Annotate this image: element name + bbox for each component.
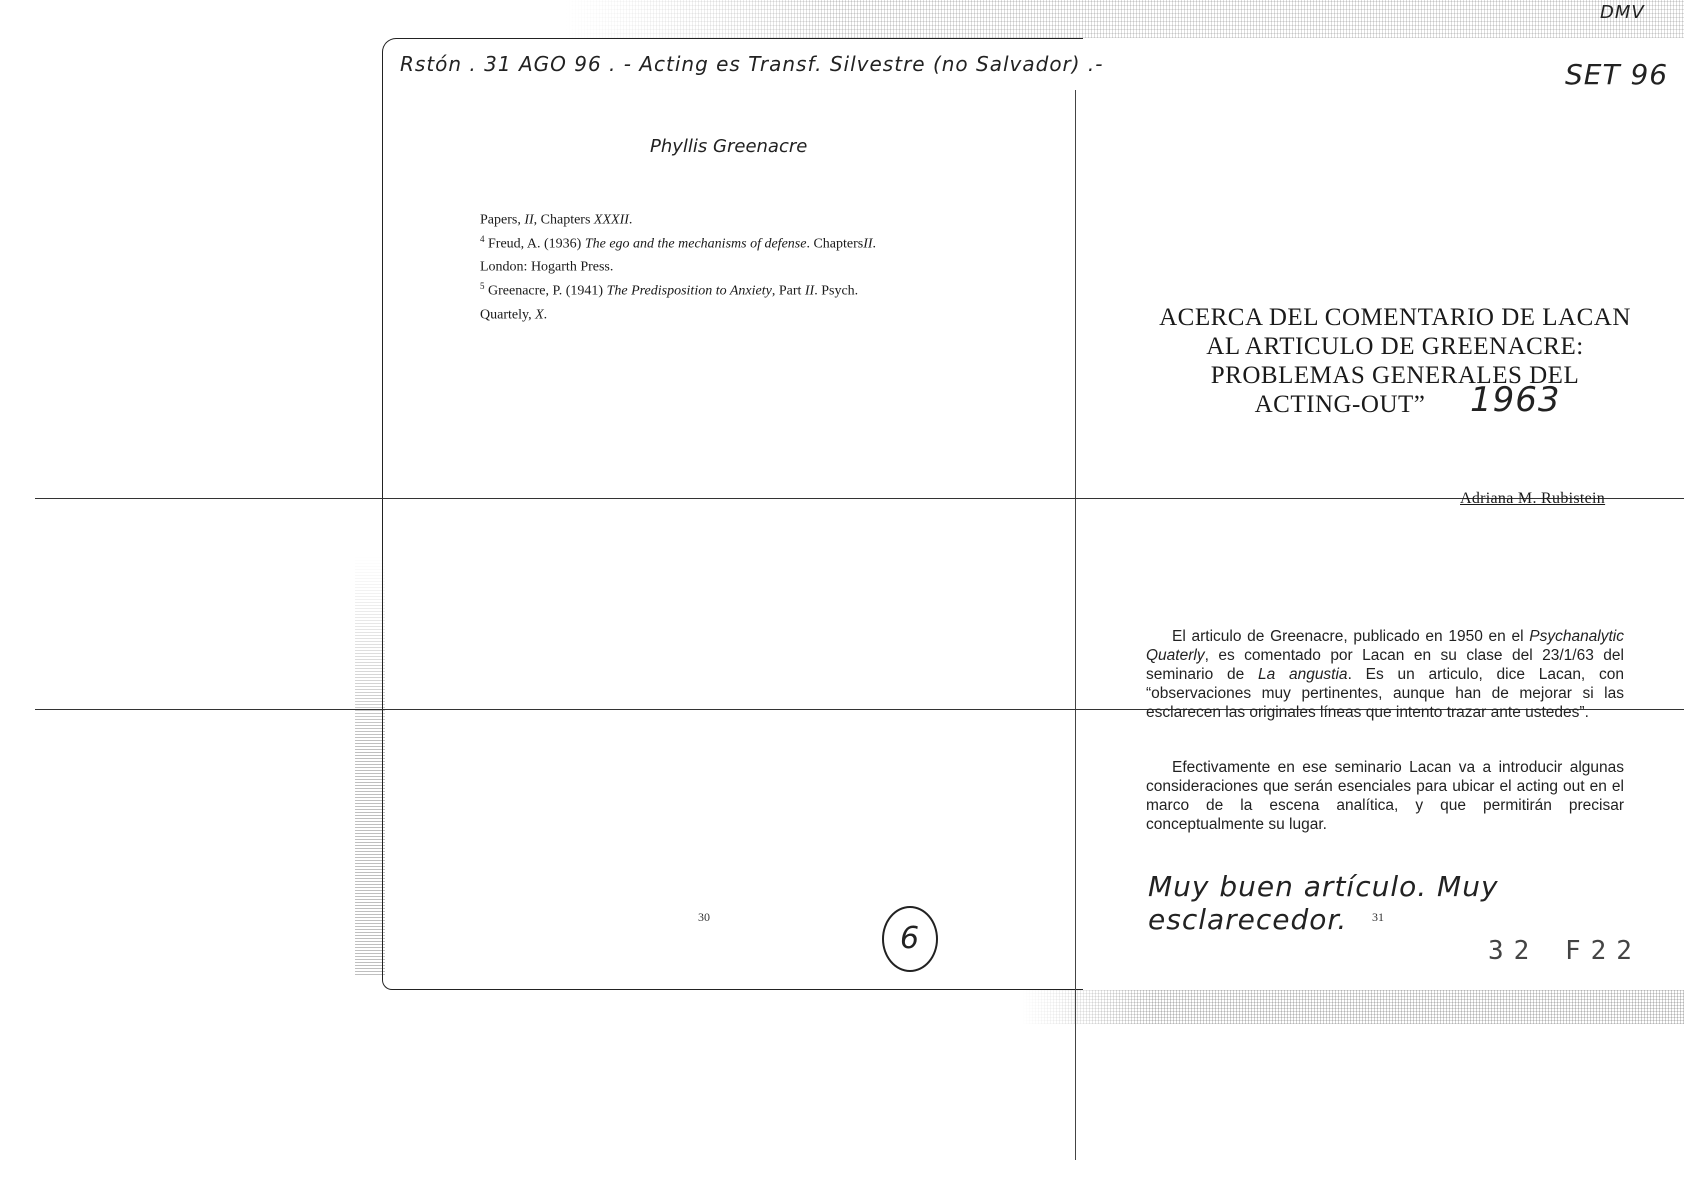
body-paragraph: El articulo de Greenacre, publicado en 1… bbox=[1146, 627, 1624, 722]
reference-line: 5 Greenacre, P. (1941) The Predispositio… bbox=[480, 277, 960, 301]
page-edge bbox=[382, 38, 1083, 990]
archive-stamp: 32 F22 bbox=[1488, 936, 1642, 966]
gutter-line bbox=[1075, 90, 1076, 1160]
book-spine-shadow bbox=[355, 40, 385, 975]
body-paragraph: Efectivamente en ese seminario Lacan va … bbox=[1146, 758, 1624, 834]
title-line: ACERCA DEL COMENTARIO DE LACAN bbox=[1155, 303, 1635, 332]
scan-noise-bottom bbox=[1020, 990, 1684, 1024]
handwritten-note-top: Rstón . 31 AGO 96 . - Acting es Transf. … bbox=[400, 52, 1104, 76]
handwritten-date: SET 96 bbox=[1565, 58, 1668, 91]
reference-line: London: Hogarth Press. bbox=[480, 253, 960, 277]
reference-line: Quartely, X. bbox=[480, 301, 960, 325]
footnote-references: Papers, II, Chapters XXXII.4 Freud, A. (… bbox=[480, 206, 960, 324]
reference-line: 4 Freud, A. (1936) The ego and the mecha… bbox=[480, 230, 960, 254]
scan-noise-top bbox=[560, 0, 1684, 38]
article-title: ACERCA DEL COMENTARIO DE LACAN AL ARTICU… bbox=[1155, 303, 1635, 419]
page-number-right: 31 bbox=[1372, 910, 1384, 925]
handwritten-initials: DMV bbox=[1600, 2, 1645, 23]
circled-number: 6 bbox=[882, 906, 938, 972]
title-line: ACTING-OUT” bbox=[1155, 390, 1635, 419]
fold-line bbox=[35, 498, 1684, 499]
running-head-author: Phyllis Greenacre bbox=[650, 136, 807, 157]
article-author: Adriana M. Rubistein bbox=[1460, 490, 1605, 508]
title-line: AL ARTICULO DE GREENACRE: bbox=[1155, 332, 1635, 361]
page-number-left: 30 bbox=[698, 910, 710, 925]
reference-line: Papers, II, Chapters XXXII. bbox=[480, 206, 960, 230]
title-line: PROBLEMAS GENERALES DEL bbox=[1155, 361, 1635, 390]
handwritten-comment: Muy buen artículo. Muy esclarecedor. bbox=[1148, 870, 1684, 936]
